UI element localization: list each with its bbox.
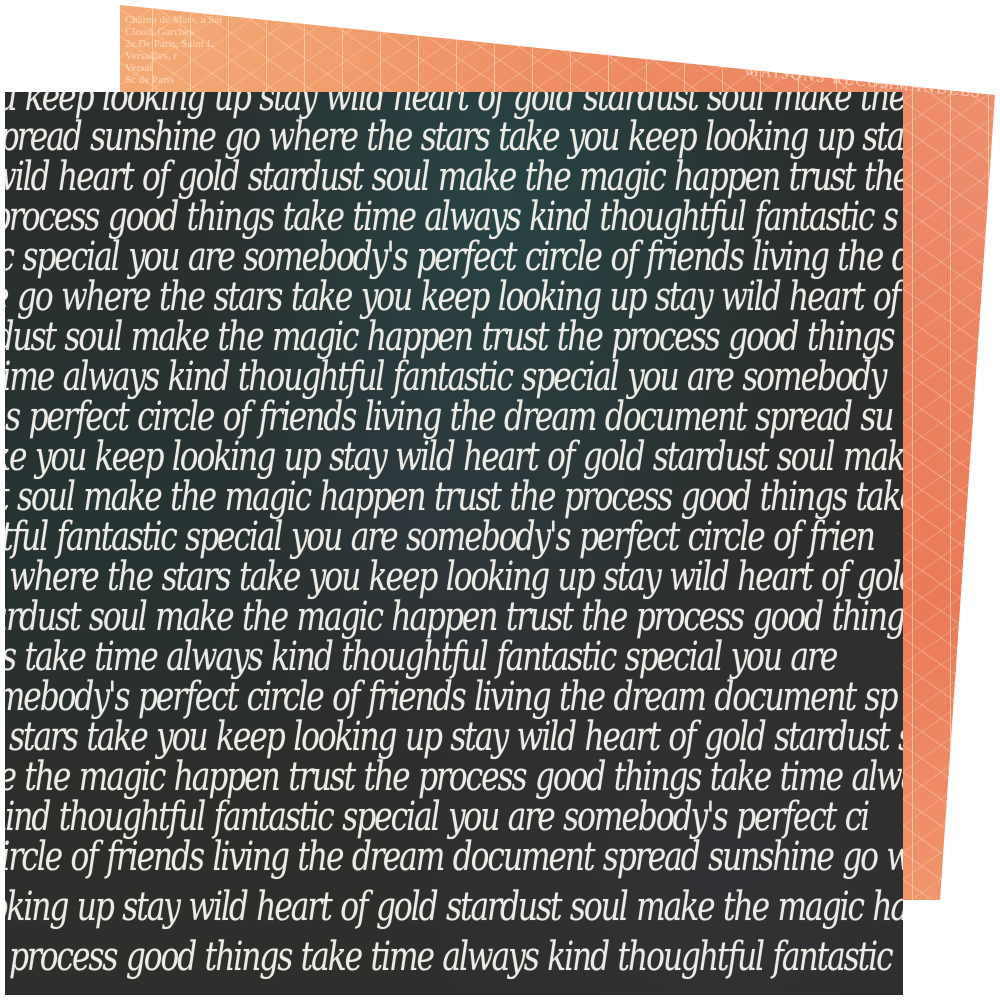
script-text-line: he process good things take time always … bbox=[5, 934, 892, 980]
french-text-line: Sc de Paris bbox=[125, 74, 222, 86]
script-text-line: looking up stay wild heart of gold stard… bbox=[5, 884, 903, 930]
french-text-line: Champ de Mars, a Sai bbox=[125, 14, 222, 26]
french-text-line: Versailles, r bbox=[125, 50, 222, 62]
french-text-line: 2e De Paris, Saint L bbox=[125, 38, 222, 50]
script-text-line: t circle of friends living the dream doc… bbox=[5, 834, 903, 880]
french-text-line: Cloud, Garches bbox=[125, 26, 222, 38]
front-chalkboard-paper: you keep looking up stay wild heart of g… bbox=[5, 92, 903, 995]
french-text-line: Versai bbox=[125, 62, 222, 74]
french-text-block: Champ de Mars, a Sai Cloud, Garches 2e D… bbox=[125, 14, 222, 86]
